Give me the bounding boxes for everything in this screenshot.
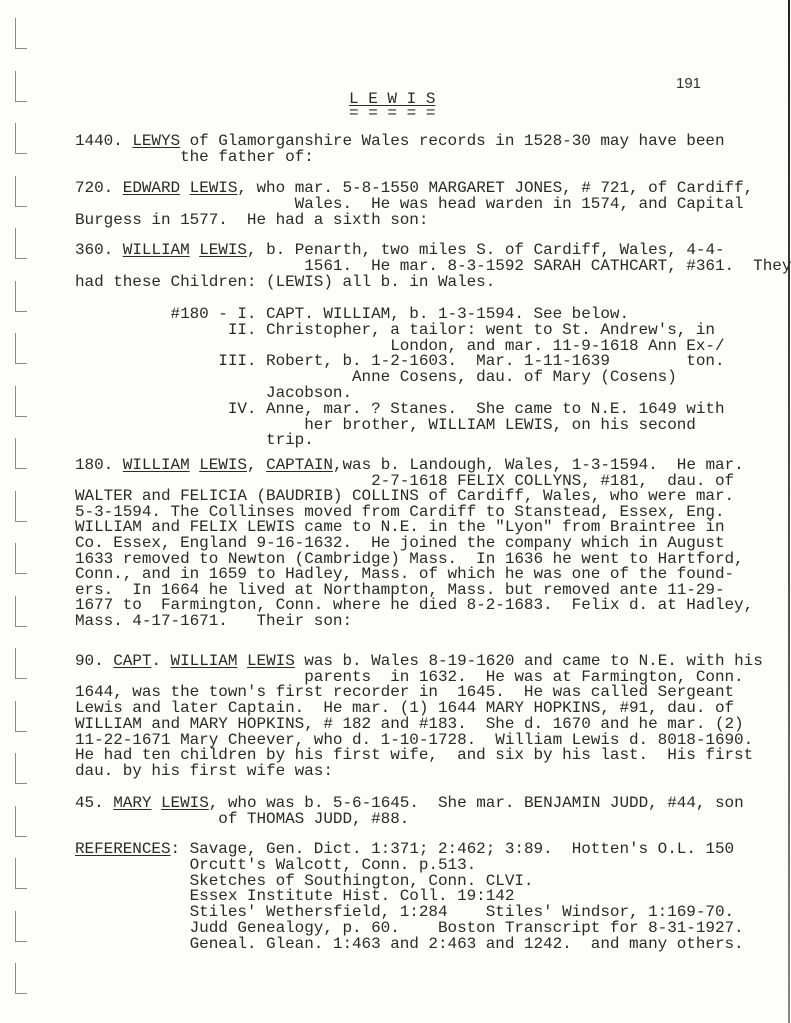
title-double-rule: = = = = = [349, 104, 435, 122]
margin-bracket-mark [15, 438, 27, 469]
margin-bracket-mark [15, 963, 27, 994]
text-line: REFERENCES: Savage, Gen. Dict. 1:371; 2:… [75, 841, 734, 857]
text-line: He had ten children by his first wife, a… [75, 747, 753, 763]
margin-bracket-mark [15, 228, 27, 259]
margin-bracket-mark [15, 648, 27, 679]
text-line: 360. WILLIAM LEWIS, b. Penarth, two mile… [75, 242, 725, 258]
text-run: the father of: [75, 148, 314, 166]
text-line: Orcutt's Walcott, Conn. p.513. [75, 857, 476, 873]
text-line: Wales. He was head warden in 1574, and C… [75, 196, 744, 212]
text-line: Judd Genealogy, p. 60. Boston Transcript… [75, 920, 744, 936]
text-line: Burgess in 1577. He had a sixth son: [75, 212, 428, 228]
text-line: London, and mar. 11-9-1618 Ann Ex-/ [75, 338, 725, 354]
text-line: Mass. 4-17-1671. Their son: [75, 613, 352, 629]
text-line: 11-22-1671 Mary Cheever, who d. 1-10-172… [75, 732, 753, 748]
text-line: of THOMAS JUDD, #88. [75, 811, 409, 827]
text-run: Mass. 4-17-1671. Their son: [75, 612, 352, 630]
margin-bracket-mark [15, 491, 27, 522]
text-run: Burgess in 1577. He had a sixth son: [75, 211, 428, 229]
text-line: parents in 1632. He was at Farmington, C… [75, 669, 744, 685]
text-line: WILLIAM and FELIX LEWIS came to N.E. in … [75, 519, 725, 535]
text-line: WALTER and FELICIA (BAUDRIB) COLLINS of … [75, 488, 734, 504]
text-run: of THOMAS JUDD, #88. [75, 810, 409, 828]
text-line: Lewis and later Captain. He mar. (1) 164… [75, 700, 734, 716]
margin-bracket-mark [15, 806, 27, 837]
text-line: dau. by his first wife was: [75, 763, 333, 779]
text-line: II. Christopher, a tailor: went to St. A… [75, 322, 715, 338]
text-line: IV. Anne, mar. ? Stanes. She came to N.E… [75, 401, 725, 417]
text-line: #180 - I. CAPT. WILLIAM, b. 1-3-1594. Se… [75, 306, 629, 322]
text-line: Geneal. Glean. 1:463 and 2:463 and 1242.… [75, 936, 744, 952]
text-line: Co. Essex, England 9-16-1632. He joined … [75, 535, 725, 551]
text-line: Essex Institute Hist. Coll. 19:142 [75, 888, 514, 904]
margin-bracket-mark [15, 543, 27, 574]
margin-bracket-mark [15, 701, 27, 732]
text-line: ers. In 1664 he lived at Northampton, Ma… [75, 582, 725, 598]
margin-bracket-mark [15, 858, 27, 889]
text-line: WILLIAM and MARY HOPKINS, # 182 and #183… [75, 716, 744, 732]
margin-bracket-mark [15, 911, 27, 942]
text-line: 1440. LEWYS of Glamorganshire Wales reco… [75, 133, 725, 149]
text-line: 5-3-1594. The Collinses moved from Cardi… [75, 504, 725, 520]
page-number: 191 [676, 75, 701, 92]
text-line: 45. MARY LEWIS, who was b. 5-6-1645. She… [75, 795, 744, 811]
text-line: 90. CAPT. WILLIAM LEWIS was b. Wales 8-1… [75, 653, 763, 669]
margin-bracket-mark [15, 176, 27, 207]
text-run: Geneal. Glean. 1:463 and 2:463 and 1242.… [75, 935, 744, 953]
text-line: 1677 to Farmington, Conn. where he died … [75, 597, 753, 613]
text-line: Stiles' Wethersfield, 1:284 Stiles' Wind… [75, 904, 734, 920]
text-line: trip. [75, 432, 314, 448]
page-edge-line [788, 0, 790, 1023]
text-run: trip. [75, 431, 314, 449]
text-line: 180. WILLIAM LEWIS, CAPTAIN,was b. Lando… [75, 457, 744, 473]
text-line: 1633 removed to Newton (Cambridge) Mass.… [75, 551, 744, 567]
text-line: 2-7-1618 FELIX COLLYNS, #181, dau. of [75, 473, 734, 489]
text-line: Jacobson. [75, 385, 352, 401]
text-line: III. Robert, b. 1-2-1603. Mar. 1-11-1639… [75, 353, 725, 369]
document-page: 191 L E W I S = = = = = 1440. LEWYS of G… [0, 0, 791, 1023]
text-line: the father of: [75, 149, 314, 165]
text-line: Anne Cosens, dau. of Mary (Cosens) [75, 369, 677, 385]
text-run: had these Children: (LEWIS) all b. in Wa… [75, 273, 495, 291]
margin-bracket-mark [15, 71, 27, 102]
text-line: her brother, WILLIAM LEWIS, on his secon… [75, 417, 696, 433]
margin-bracket-mark [15, 18, 27, 49]
text-line: 1644, was the town's first recorder in 1… [75, 684, 734, 700]
text-run: dau. by his first wife was: [75, 762, 333, 780]
text-line: 1561. He mar. 8-3-1592 SARAH CATHCART, #… [75, 258, 791, 274]
text-line: Conn., and in 1659 to Hadley, Mass. of w… [75, 566, 734, 582]
margin-bracket-mark [15, 123, 27, 154]
text-line: Sketches of Southington, Conn. CLVI. [75, 873, 533, 889]
margin-bracket-mark [15, 753, 27, 784]
text-line: had these Children: (LEWIS) all b. in Wa… [75, 274, 495, 290]
margin-bracket-mark [15, 596, 27, 627]
margin-bracket-mark [15, 281, 27, 312]
text-line: 720. EDWARD LEWIS, who mar. 5-8-1550 MAR… [75, 180, 753, 196]
margin-bracket-mark [15, 386, 27, 417]
margin-bracket-mark [15, 333, 27, 364]
